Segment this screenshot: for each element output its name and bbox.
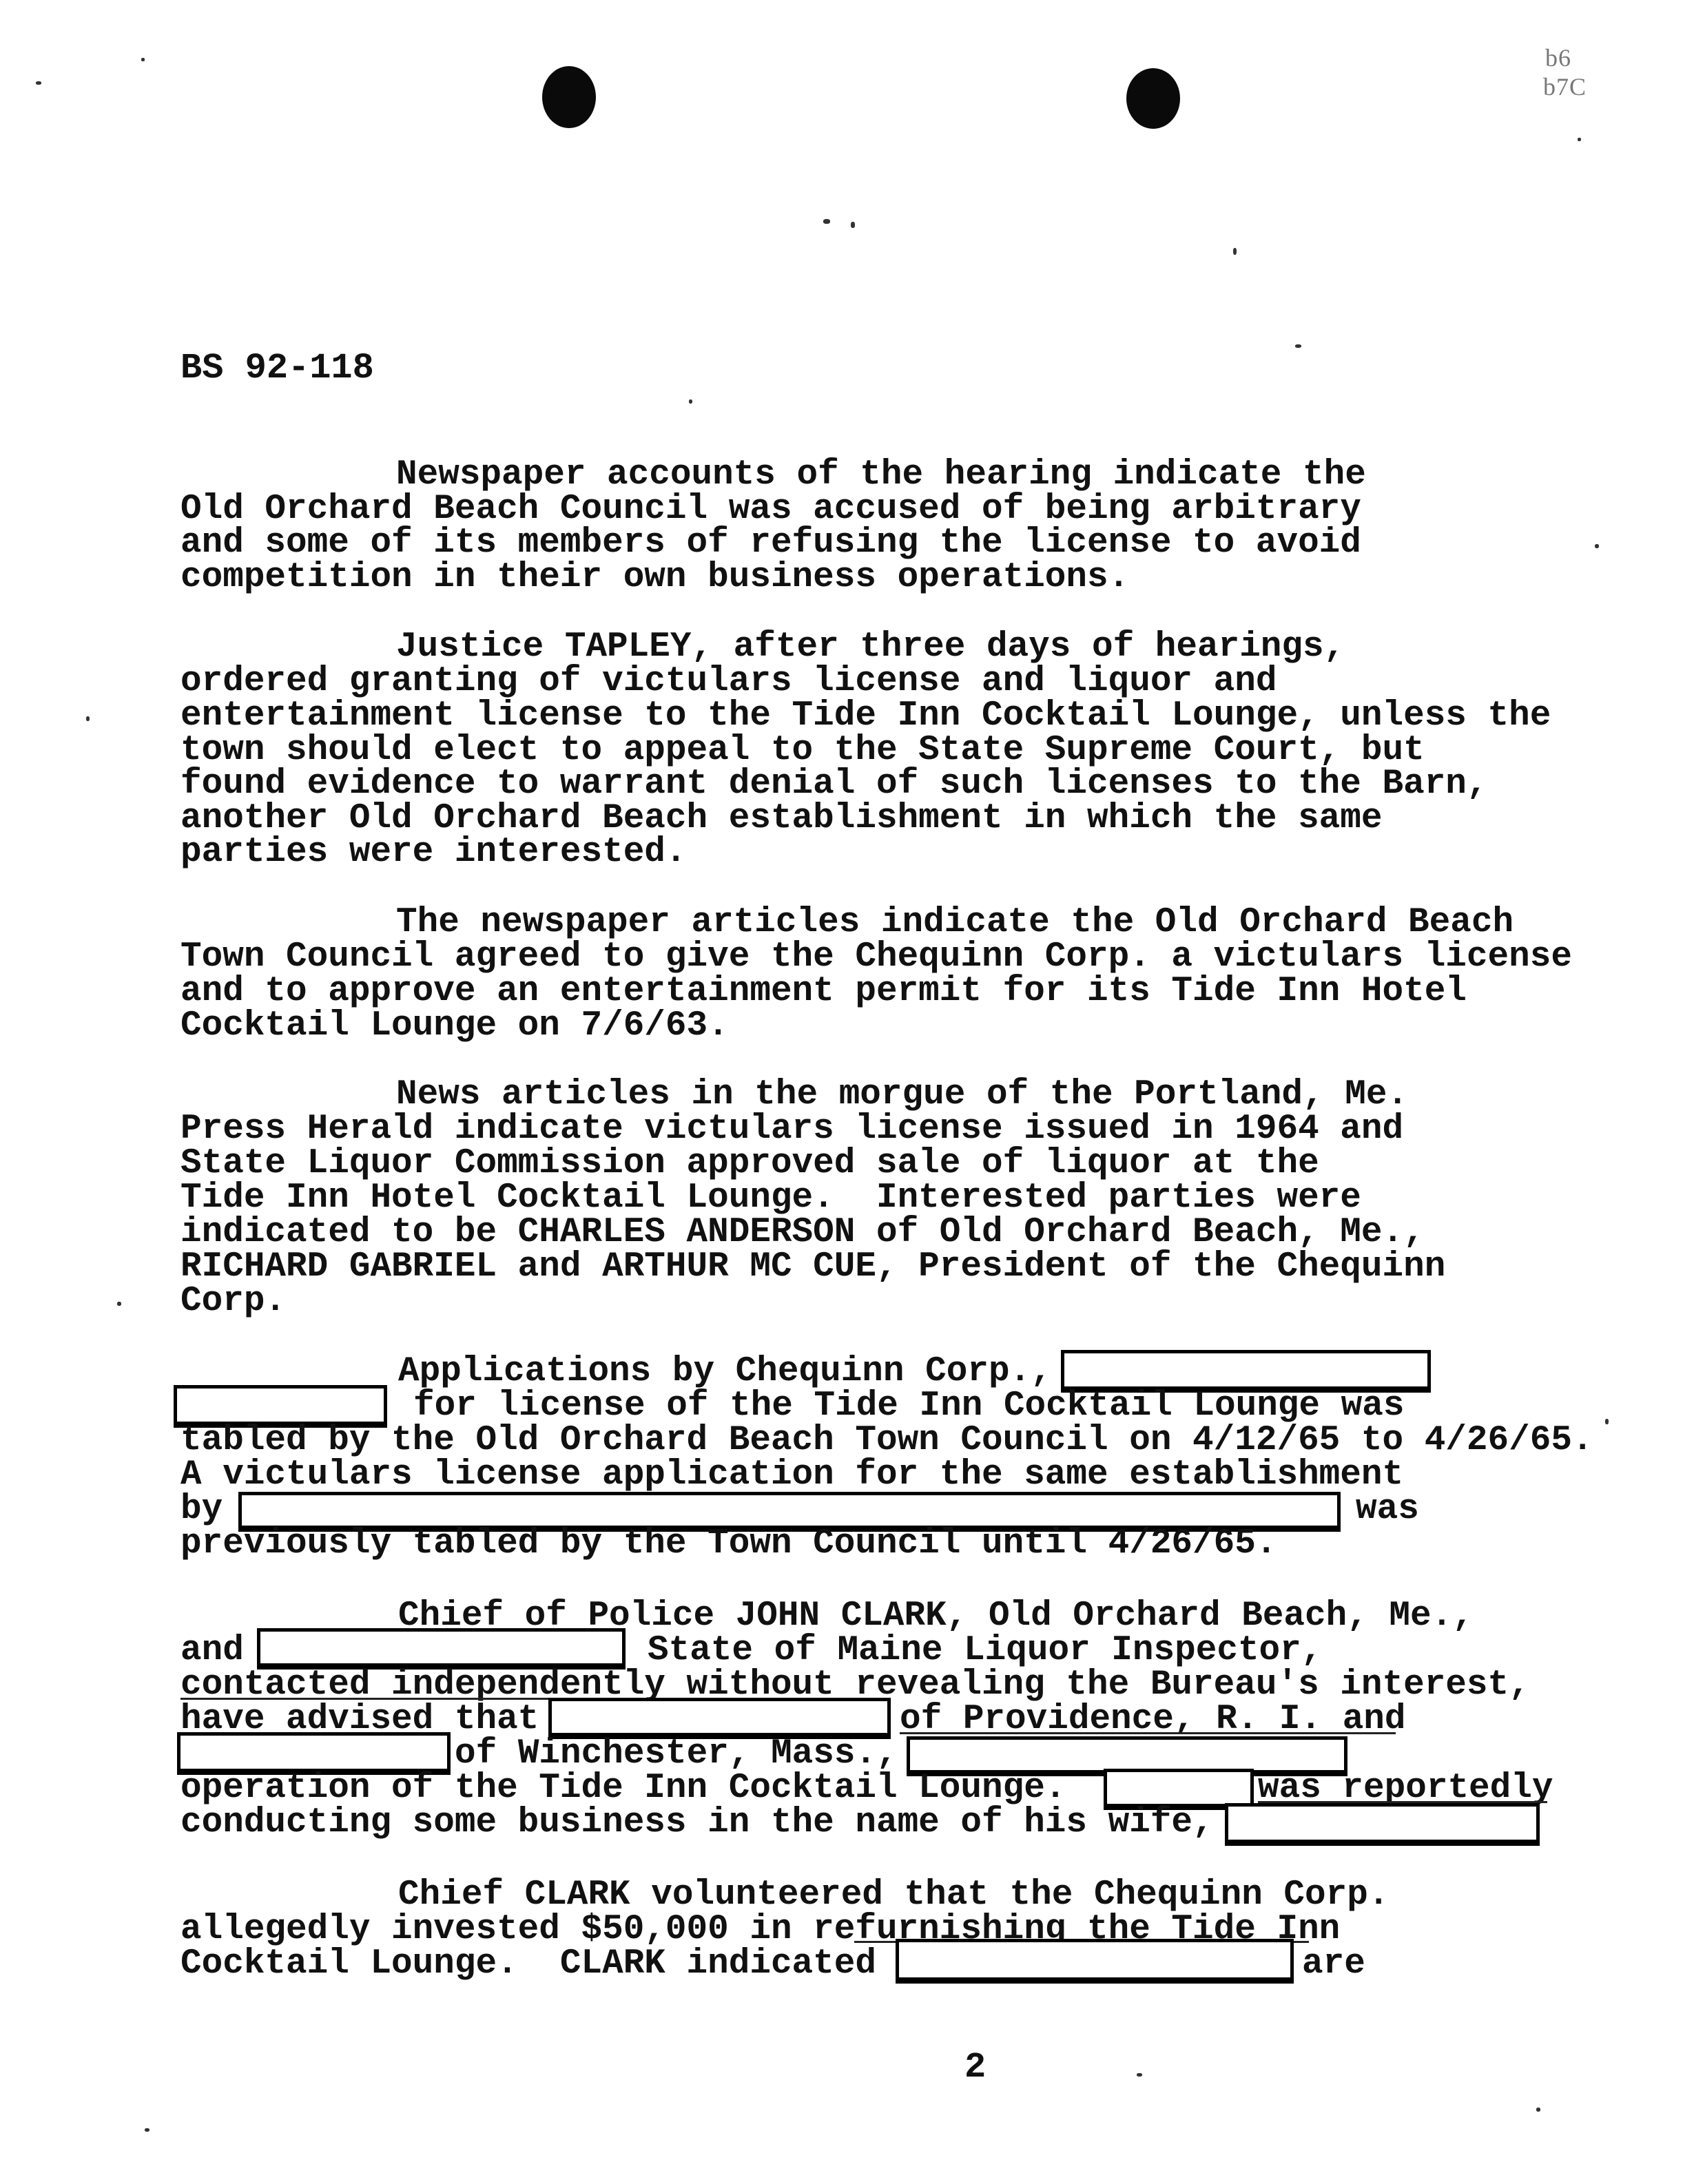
scan-speck bbox=[689, 399, 692, 404]
text-line: The newspaper articles indicate the Old … bbox=[396, 904, 1514, 942]
scan-speck bbox=[1536, 2108, 1540, 2112]
text-line: Cocktail Lounge on 7/6/63. bbox=[180, 1008, 729, 1045]
text-line: RICHARD GABRIEL and ARTHUR MC CUE, Presi… bbox=[180, 1249, 1445, 1286]
scan-speck bbox=[1595, 544, 1599, 548]
exemption-code-b7c: b7C bbox=[1543, 73, 1587, 101]
text-line: was bbox=[1356, 1491, 1419, 1528]
scan-speck bbox=[36, 81, 41, 85]
scan-speck bbox=[1605, 1419, 1609, 1424]
punch-hole-right bbox=[1126, 68, 1180, 129]
text-line: News articles in the morgue of the Portl… bbox=[396, 1077, 1408, 1114]
scan-speck bbox=[141, 58, 145, 61]
underline bbox=[900, 1732, 1396, 1734]
scan-speck bbox=[1233, 248, 1237, 255]
text-line: found evidence to warrant denial of such… bbox=[180, 766, 1488, 803]
text-line: Press Herald indicate victulars license … bbox=[180, 1111, 1403, 1148]
text-line: conducting some business in the name of … bbox=[180, 1805, 1214, 1842]
text-line: State Liquor Commission approved sale of… bbox=[180, 1145, 1319, 1183]
document-page: b6 b7C BS 92-118 Newspaper accounts of t… bbox=[0, 0, 1694, 2184]
text-line: tabled by the Old Orchard Beach Town Cou… bbox=[180, 1422, 1593, 1459]
scan-speck bbox=[1578, 138, 1581, 141]
text-line: Old Orchard Beach Council was accused of… bbox=[180, 491, 1361, 528]
punch-hole-left bbox=[542, 66, 596, 128]
scan-speck bbox=[1295, 344, 1301, 348]
text-line: Applications by Chequinn Corp., bbox=[398, 1353, 1052, 1391]
text-line: by bbox=[180, 1491, 223, 1528]
text-line: entertainment license to the Tide Inn Co… bbox=[180, 698, 1551, 735]
scan-speck bbox=[851, 222, 855, 228]
redaction-box bbox=[896, 1939, 1294, 1984]
text-line: competition in their own business operat… bbox=[180, 559, 1129, 596]
text-line: Corp. bbox=[180, 1283, 286, 1320]
text-line: A victulars license application for the … bbox=[180, 1457, 1403, 1494]
scan-speck bbox=[145, 2128, 149, 2132]
text-line: operation of the Tide Inn Cocktail Loung… bbox=[180, 1770, 1066, 1807]
scan-speck bbox=[117, 1302, 121, 1306]
text-line: Newspaper accounts of the hearing indica… bbox=[396, 457, 1366, 494]
redaction-box bbox=[257, 1628, 626, 1670]
text-line: town should elect to appeal to the State… bbox=[180, 732, 1425, 769]
text-line: and bbox=[180, 1632, 244, 1670]
text-line: ordered granting of victulars license an… bbox=[180, 663, 1277, 700]
file-number: BS 92-118 bbox=[180, 348, 374, 388]
text-line: previously tabled by the Town Council un… bbox=[180, 1526, 1277, 1563]
scan-speck bbox=[1137, 2073, 1142, 2077]
text-line: Tide Inn Hotel Cocktail Lounge. Interest… bbox=[180, 1180, 1361, 1217]
text-line: and to approve an entertainment permit f… bbox=[180, 973, 1467, 1010]
text-line: Chief CLARK volunteered that the Chequin… bbox=[398, 1877, 1389, 1914]
text-line: parties were interested. bbox=[180, 834, 687, 871]
redaction-box bbox=[1225, 1803, 1540, 1846]
scan-speck bbox=[86, 716, 90, 721]
text-line: of Winchester, Mass., bbox=[455, 1736, 898, 1773]
text-line: Justice TAPLEY, after three days of hear… bbox=[396, 629, 1345, 666]
exemption-code-b6: b6 bbox=[1545, 44, 1571, 72]
text-line: and some of its members of refusing the … bbox=[180, 525, 1361, 562]
page-number: 2 bbox=[964, 2047, 986, 2088]
redaction-box bbox=[548, 1698, 891, 1739]
scan-speck bbox=[823, 219, 830, 224]
text-line: Town Council agreed to give the Chequinn… bbox=[180, 939, 1572, 976]
text-line: another Old Orchard Beach establishment … bbox=[180, 800, 1382, 838]
text-line: Cocktail Lounge. CLARK indicated bbox=[180, 1946, 876, 1983]
text-line: for license of the Tide Inn Cocktail Lou… bbox=[413, 1388, 1404, 1425]
text-line: are bbox=[1302, 1946, 1365, 1983]
text-line: indicated to be CHARLES ANDERSON of Old … bbox=[180, 1214, 1425, 1251]
text-line: State of Maine Liquor Inspector, bbox=[648, 1632, 1322, 1670]
